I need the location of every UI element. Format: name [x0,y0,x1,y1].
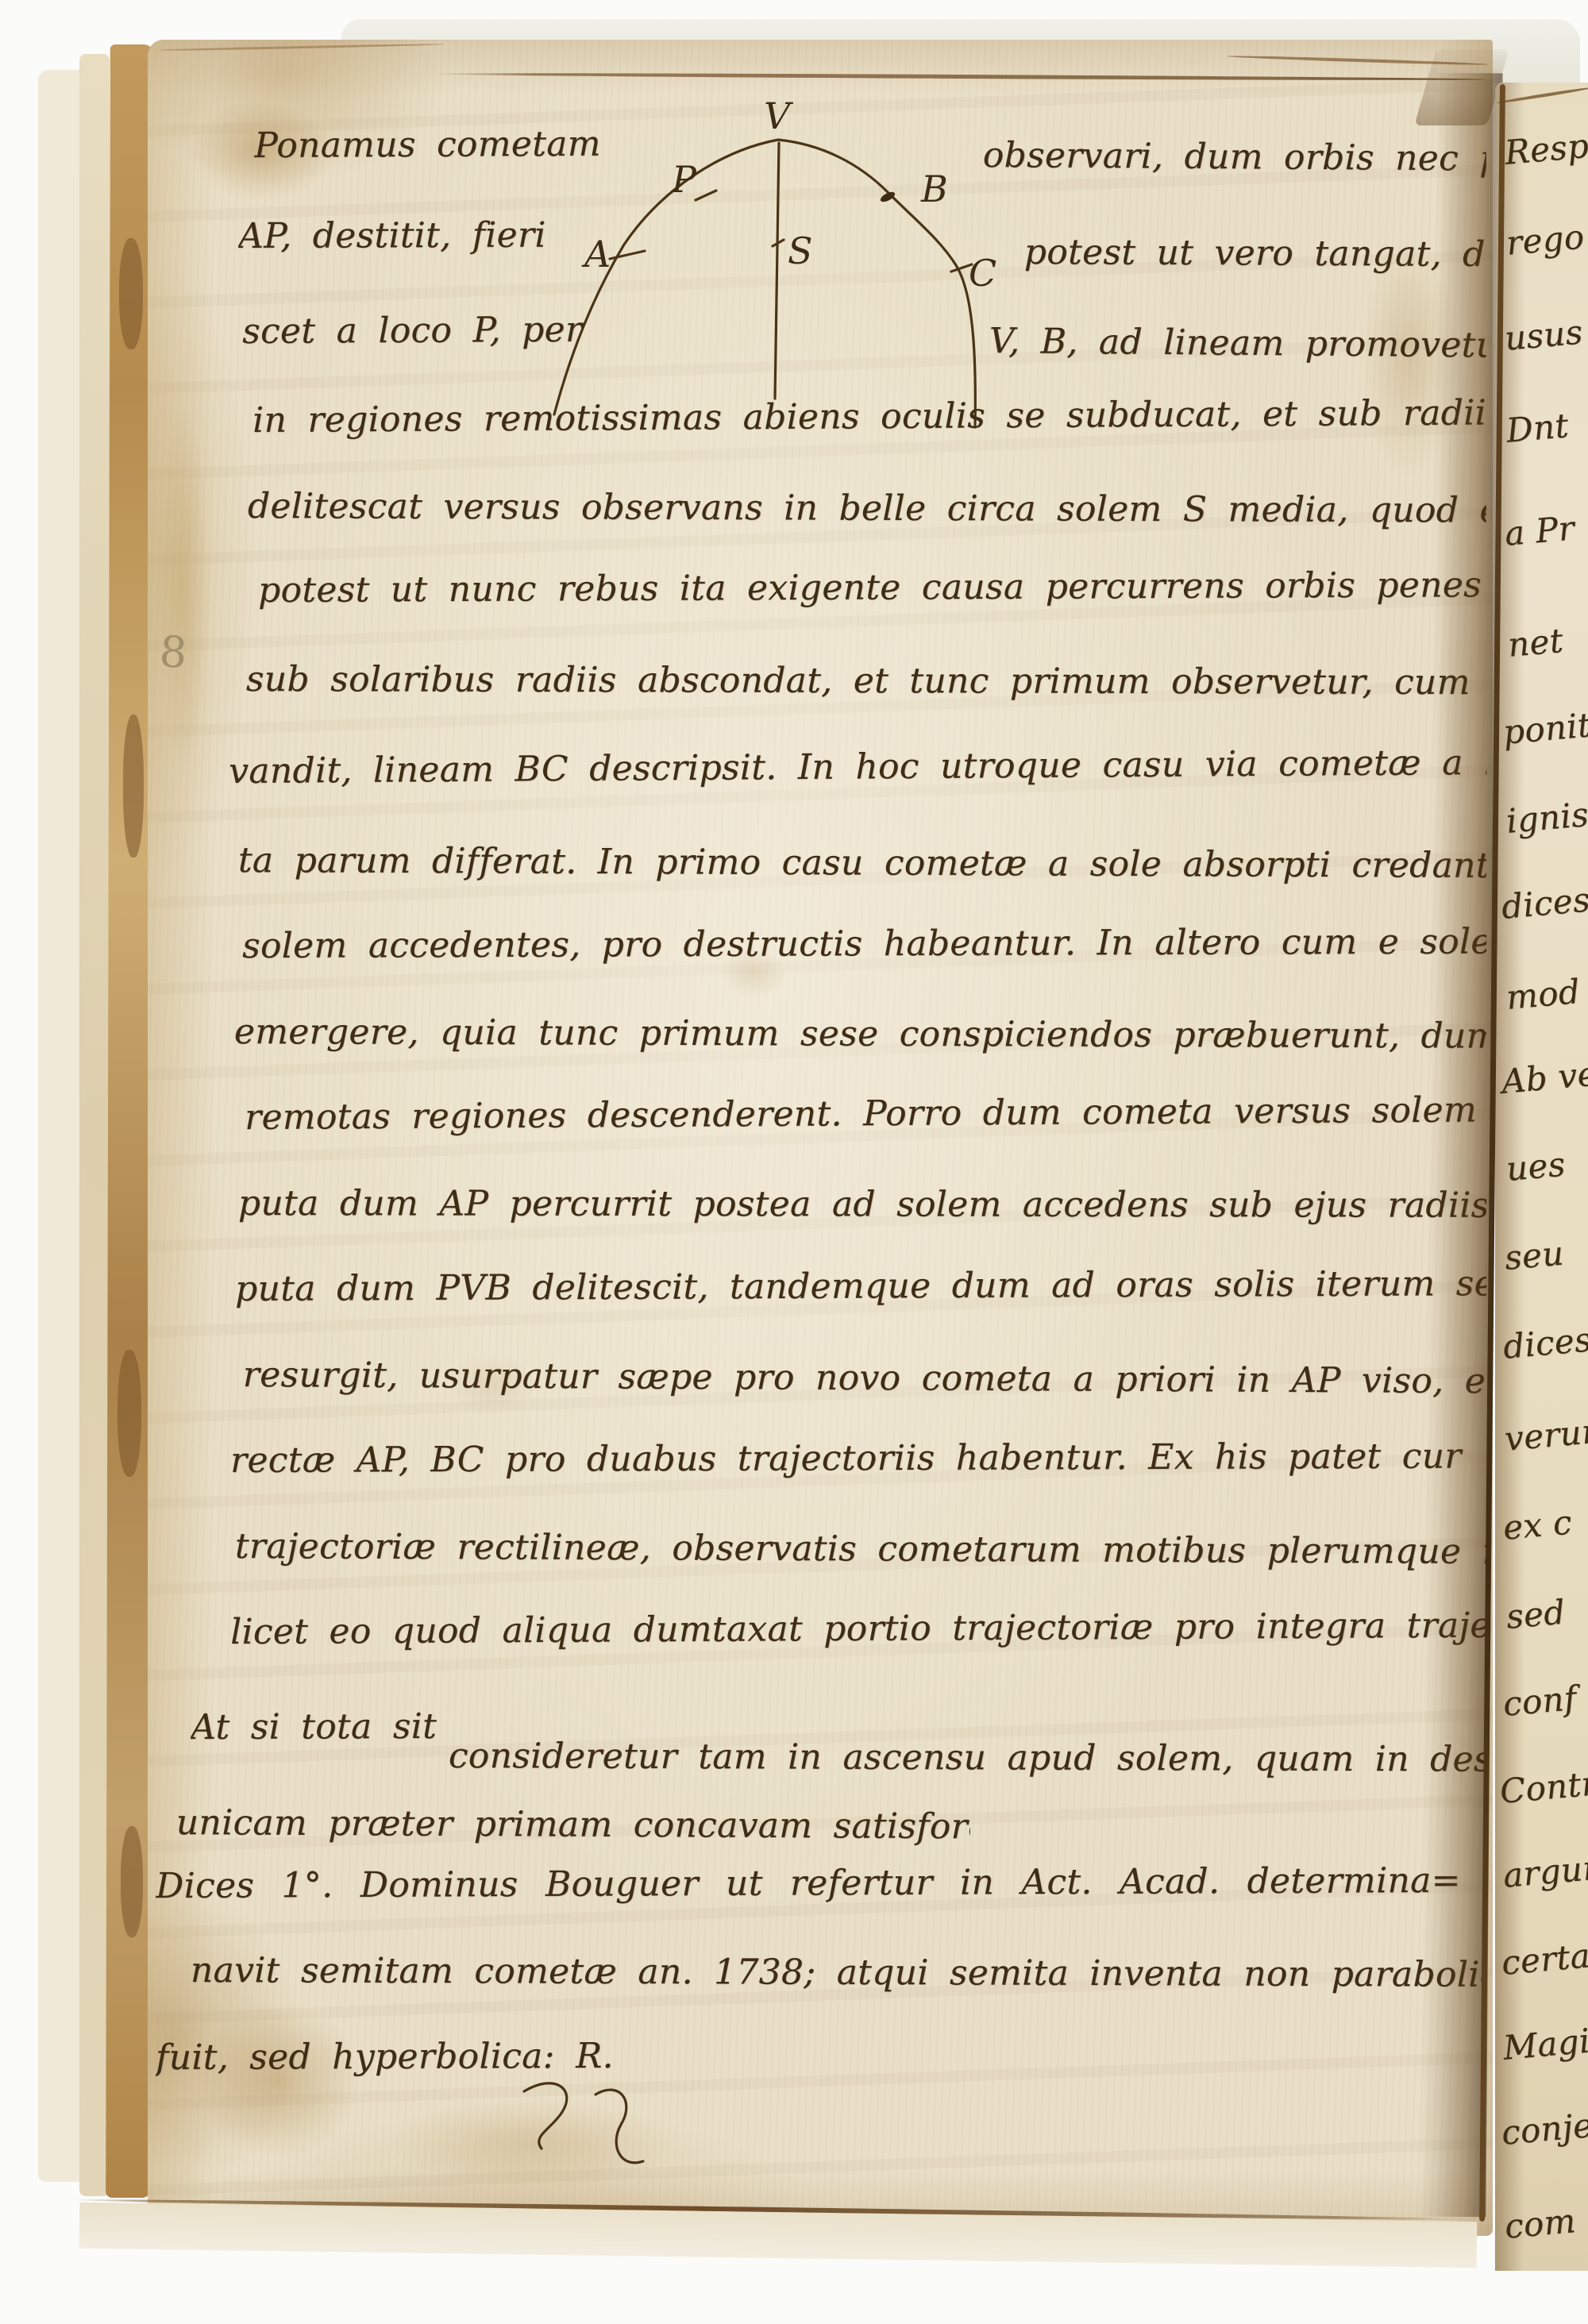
facing-page-text: Respo [1503,125,1588,172]
facing-page: Respo rego usus Dnt a Pr net ponit ignis… [1495,83,1588,2271]
text-line-3-right: V, B, ad lineam promovetur [989,321,1486,377]
page-number: 8 [158,626,189,678]
label-B: B [920,168,948,210]
facing-page-text: sed [1505,1593,1567,1636]
text-line-5: delitescat versus observans in belle cir… [248,486,1486,542]
facing-page-text: mod [1505,972,1582,1017]
facing-page-text: dices [1501,1320,1588,1366]
facing-page-text: ponit [1501,705,1588,751]
facing-page-text: Magis [1501,2020,1588,2068]
facing-page-text: verum [1503,1410,1588,1459]
text-line-15: resurgit, usurpatur sæpe pro novo cometa… [243,1355,1486,1413]
facing-page-text: Dnt [1505,406,1570,450]
text-line-22: navit semitam cometæ an. 1738; atqui sem… [191,1950,1486,2007]
text-line-21: Dices 1°. Dominus Bouguer ut refertur in… [156,1860,1486,1918]
text-line-18: licet eo quod aliqua dumtaxat portio tra… [230,1605,1486,1664]
text-line-12: remotas regiones descenderent. Porro dum… [245,1089,1486,1150]
paper-stain [148,333,219,842]
text-line-8: vandit, lineam BC descripsit. In hoc utr… [229,742,1486,804]
text-line-19-left: At si tota sit [191,1706,453,1759]
text-line-1-left: Ponamus cometam [254,123,667,178]
facing-page-text: Contra [1498,1762,1588,1811]
left-page-edge-outer [38,70,83,2182]
text-line-11: emergere, quia tunc primum sese conspici… [234,1012,1486,1069]
text-line-19-right: consideretur tam in ascensu apud solem, … [449,1736,1486,1792]
label-S: S [788,229,813,272]
facing-page-text: a Pr [1503,508,1576,553]
text-line-4: in regiones remotissimas abiens oculis s… [252,393,1486,453]
facing-page-text: ignis [1505,795,1588,841]
text-line-13: puta dum AP percurrit postea ad solem ac… [238,1183,1486,1238]
text-line-9: ta parum differat. In primo casu cometæ … [238,840,1486,898]
facing-page-text: seu [1503,1234,1565,1278]
binding-blotch [119,238,143,349]
text-line-2-right: potest ut vero tangat, dum [1024,232,1486,287]
left-page-edge-middle [79,54,110,2196]
label-P: P [671,158,697,201]
closing-flourish [500,2064,659,2191]
manuscript-photo: V P A S B C Ponamus cometam observari, d… [0,0,1588,2324]
label-V: V [764,94,794,137]
axis-line [775,143,779,399]
text-line-14: puta dum PVB delitescit, tandemque dum a… [235,1263,1486,1321]
text-line-2-left: AP, destitit, fieri [238,214,683,268]
facing-page-text: com [1503,2201,1577,2246]
text-line-3-left: scet a loco P, per [242,309,687,364]
text-line-20: unicam præter primam concavam satisfore … [176,1802,970,1859]
binding-blotch [121,1826,143,1937]
facing-page-text: certa [1500,1936,1588,1983]
facing-page-text: usus [1503,312,1584,357]
facing-page-text: argum [1501,1847,1588,1895]
text-line-10: solem accedentes, pro destructis habeant… [242,922,1486,978]
comet-arc [554,140,975,427]
facing-page-text: Ab ve [1500,1054,1588,1100]
binding-blotch [118,1350,141,1477]
text-line-1-right: observari, dum orbis nec per [983,135,1486,191]
facing-page-text: rego [1505,217,1586,262]
text-line-16: rectæ AP, BC pro duabus trajectoriis hab… [230,1436,1486,1493]
facing-page-text: ex c [1501,1502,1574,1547]
binding-blotch [123,715,144,858]
text-line-7: sub solaribus radiis abscondat, et tunc … [246,659,1486,715]
text-line-17: trajectoriæ rectilineæ, observatis comet… [235,1526,1486,1584]
tick-P [696,191,716,200]
label-C: C [969,252,996,295]
facing-page-text: ues [1505,1145,1567,1189]
text-line-6: potest ut nunc rebus ita exigente causa … [258,565,1486,622]
facing-page-text: conject [1500,2102,1588,2152]
facing-page-text: conf [1501,1678,1578,1724]
facing-page-text: dices [1500,880,1588,927]
facing-page-text: net [1506,621,1565,665]
